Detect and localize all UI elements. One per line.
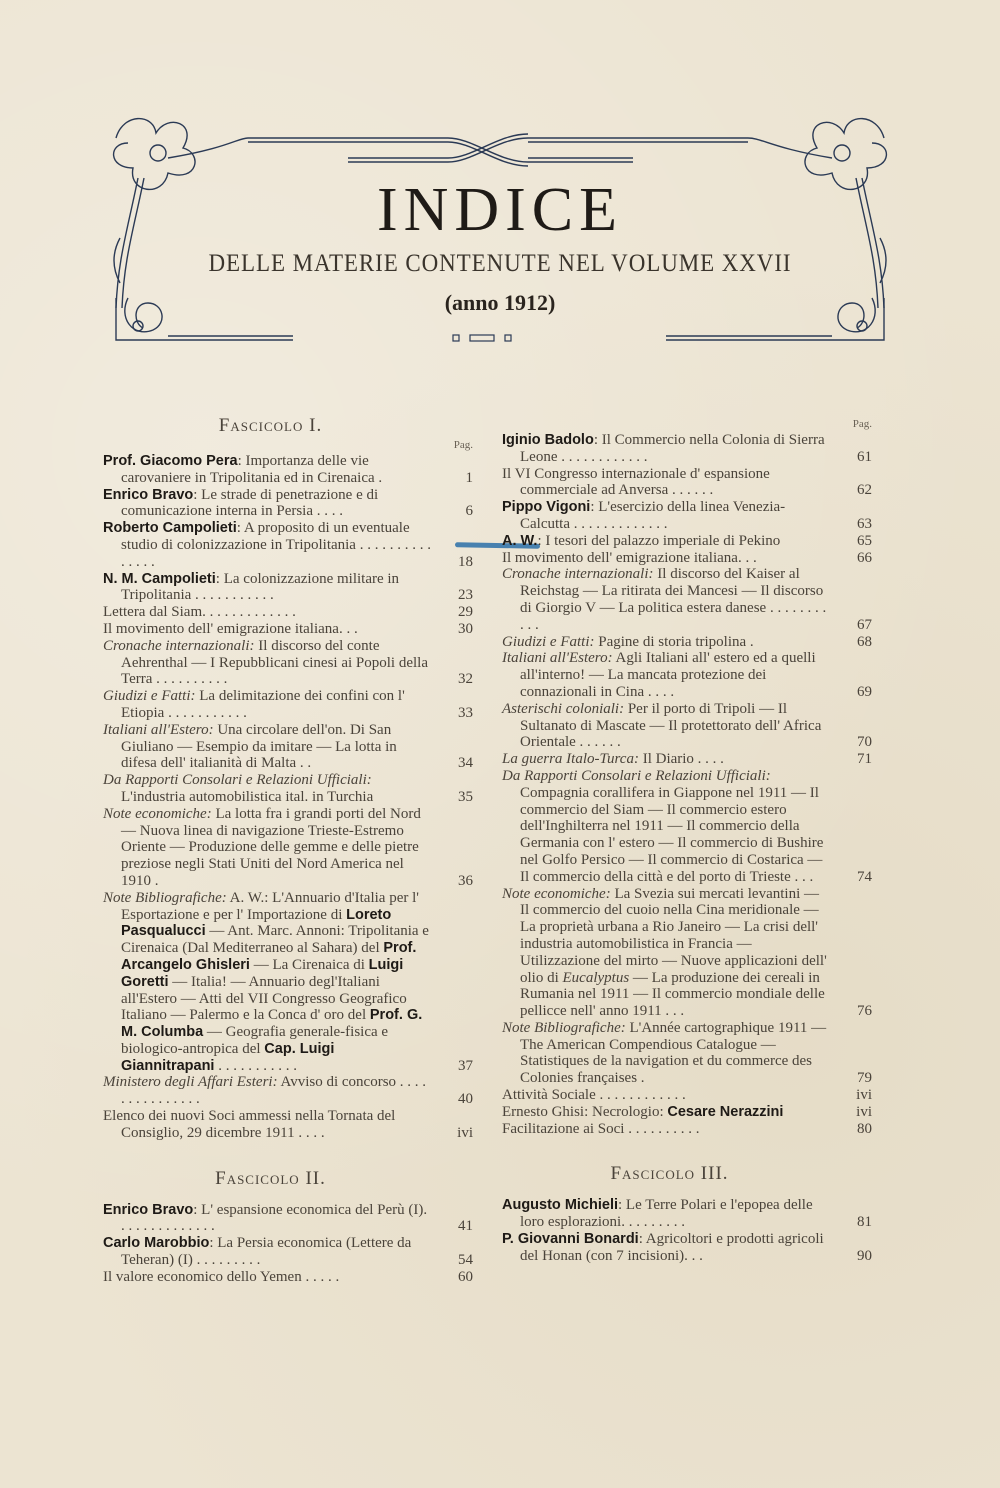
entry-text: Italiani all'Estero: Agli Italiani all' … (502, 650, 830, 700)
entry-title: — La Cirenaica di (250, 957, 369, 973)
entry-page-number: 76 (834, 1003, 872, 1020)
entry-page-number: ivi (435, 1125, 473, 1142)
entry-page-number: 34 (435, 755, 473, 772)
index-entry[interactable]: Note economiche: La lotta fra i grandi p… (103, 806, 473, 890)
fascicolo-1-entries: Prof. Giacomo Pera: Importanza delle vie… (103, 453, 473, 1142)
entry-title: Il movimento dell' emigrazione italiana.… (502, 550, 757, 566)
entry-text: Note Bibliografiche: L'Année cartographi… (502, 1020, 830, 1087)
index-entry[interactable]: Enrico Bravo: Le strade di penetrazione … (103, 487, 473, 521)
index-entry[interactable]: A. W.: I tesori del palazzo imperiale di… (502, 533, 872, 550)
entry-title: Attività Sociale . . . . . . . . . . . . (502, 1087, 686, 1103)
entry-page-number: 80 (834, 1121, 872, 1138)
right-column: Pag. Iginio Badolo: Il Commercio nella C… (502, 418, 872, 1265)
index-entry[interactable]: Facilitazione ai Soci . . . . . . . . . … (502, 1121, 872, 1138)
entry-page-number: 6 (435, 503, 473, 520)
entry-text: Il valore economico dello Yemen . . . . … (103, 1269, 431, 1286)
entry-text: P. Giovanni Bonardi: Agricoltori e prodo… (502, 1231, 830, 1265)
section-title-fascicolo-1: Fascicolo I. (103, 415, 473, 437)
page-column-label: Pag. (103, 439, 473, 453)
entry-author: N. M. Campolieti (103, 571, 216, 587)
entry-rubric: Cronache internazionali: (103, 638, 255, 654)
entry-author: Roberto Campolieti (103, 520, 237, 536)
entry-page-number: 90 (834, 1248, 872, 1265)
index-entry[interactable]: Prof. Giacomo Pera: Importanza delle vie… (103, 453, 473, 487)
entry-title: L'industria automobilistica ital. in Tur… (121, 789, 373, 805)
entry-author: Iginio Badolo (502, 432, 594, 448)
entry-title: Il valore economico dello Yemen . . . . … (103, 1269, 339, 1285)
index-entry[interactable]: Il movimento dell' emigrazione italiana.… (103, 621, 473, 638)
entry-rubric: Note Bibliografiche: (103, 890, 227, 906)
entry-page-number: ivi (834, 1087, 872, 1104)
entry-page-number: 65 (834, 533, 872, 550)
entry-page-number: 32 (435, 671, 473, 688)
index-entry[interactable]: Carlo Marobbio: La Persia economica (Let… (103, 1235, 473, 1269)
entry-page-number: 54 (435, 1252, 473, 1269)
entry-rubric: Ministero degli Affari Esteri: (103, 1074, 278, 1090)
index-entry[interactable]: Italiani all'Estero: Agli Italiani all' … (502, 650, 872, 700)
entry-rubric: La guerra Italo-Turca: (502, 751, 639, 767)
entry-text: Ministero degli Affari Esteri: Avviso di… (103, 1074, 431, 1108)
fascicolo-2-entries-left: Enrico Bravo: L' espansione economica de… (103, 1202, 473, 1286)
entry-text: Carlo Marobbio: La Persia economica (Let… (103, 1235, 431, 1269)
entry-text: Il movimento dell' emigrazione italiana.… (502, 550, 830, 567)
entry-author: Carlo Marobbio (103, 1235, 209, 1251)
entry-title: Ernesto Ghisi: Necrologio: (502, 1104, 667, 1120)
entry-text: Pippo Vigoni: L'esercizio della linea Ve… (502, 499, 830, 533)
entry-text: Augusto Michieli: Le Terre Polari e l'ep… (502, 1197, 830, 1231)
entry-rubric: Giudizi e Fatti: (502, 634, 595, 650)
index-entry[interactable]: Il VI Congresso internazionale d' espans… (502, 466, 872, 500)
entry-author: P. Giovanni Bonardi (502, 1231, 639, 1247)
entry-page-number: 67 (834, 617, 872, 634)
entry-text: Note economiche: La Svezia sui mercati l… (502, 886, 830, 1020)
entry-rubric: Italiani all'Estero: (502, 650, 613, 666)
index-entry[interactable]: Attività Sociale . . . . . . . . . . . .… (502, 1087, 872, 1104)
index-entry[interactable]: Giudizi e Fatti: Pagine di storia tripol… (502, 634, 872, 651)
index-entry[interactable]: Pippo Vigoni: L'esercizio della linea Ve… (502, 499, 872, 533)
entry-rubric: Italiani all'Estero: (103, 722, 214, 738)
index-entry[interactable]: N. M. Campolieti: La colonizzazione mili… (103, 571, 473, 605)
entry-text: Lettera dal Siam. . . . . . . . . . . . … (103, 604, 431, 621)
entry-text: Giudizi e Fatti: Pagine di storia tripol… (502, 634, 830, 651)
entry-text: Da Rapporti Consolari e Relazioni Uffici… (103, 772, 431, 806)
entry-page-number: 63 (834, 516, 872, 533)
entry-rubric: Note economiche: (103, 806, 212, 822)
index-entry[interactable]: Elenco dei nuovi Soci ammessi nella Torn… (103, 1108, 473, 1142)
entry-text: A. W.: I tesori del palazzo imperiale di… (502, 533, 830, 550)
entry-rubric: Note economiche: (502, 886, 611, 902)
entry-rubric: Cronache internazionali: (502, 566, 654, 582)
index-entry[interactable]: Cronache internazionali: Il discorso del… (502, 566, 872, 633)
entry-author: A. W. (502, 533, 537, 549)
index-entry[interactable]: Ministero degli Affari Esteri: Avviso di… (103, 1074, 473, 1108)
entry-page-number: 60 (435, 1269, 473, 1286)
entry-text: La guerra Italo-Turca: Il Diario . . . . (502, 751, 830, 768)
entry-title: Lettera dal Siam. . . . . . . . . . . . … (103, 604, 296, 620)
index-entry[interactable]: Da Rapporti Consolari e Relazioni Uffici… (103, 772, 473, 806)
entry-page-number: 40 (435, 1091, 473, 1108)
index-entry[interactable]: Il movimento dell' emigrazione italiana.… (502, 550, 872, 567)
index-entry[interactable]: Iginio Badolo: Il Commercio nella Coloni… (502, 432, 872, 466)
page-title: INDICE (0, 175, 1000, 246)
entry-text: Roberto Campolieti: A proposito di un ev… (103, 520, 431, 570)
entry-rubric: Note Bibliografiche: (502, 1020, 626, 1036)
entry-title: Facilitazione ai Soci . . . . . . . . . … (502, 1121, 699, 1137)
entry-author: Pippo Vigoni (502, 499, 590, 515)
entry-page-number: 37 (435, 1058, 473, 1075)
entry-rubric: Da Rapporti Consolari e Relazioni Uffici… (502, 768, 771, 784)
entry-page-number: 68 (834, 634, 872, 651)
entry-author: Augusto Michieli (502, 1197, 618, 1213)
entry-author: Enrico Bravo (103, 1202, 193, 1218)
volume-year: (anno 1912) (0, 290, 1000, 316)
entry-text: Enrico Bravo: Le strade di penetrazione … (103, 487, 431, 521)
entry-page-number: 70 (834, 734, 872, 751)
entry-title: Il movimento dell' emigrazione italiana.… (103, 621, 358, 637)
entry-text: Cronache internazionali: Il discorso del… (103, 638, 431, 688)
entry-page-number: 1 (435, 470, 473, 487)
entry-page-number: 29 (435, 604, 473, 621)
entry-text: Facilitazione ai Soci . . . . . . . . . … (502, 1121, 830, 1138)
entry-title: . . . . . . . . . . . (214, 1058, 297, 1074)
index-entry[interactable]: Lettera dal Siam. . . . . . . . . . . . … (103, 604, 473, 621)
entry-page-number: 30 (435, 621, 473, 638)
section-title-fascicolo-3: Fascicolo III. (502, 1163, 872, 1185)
entry-page-number: 71 (834, 751, 872, 768)
entry-text: Italiani all'Estero: Una circolare dell'… (103, 722, 431, 772)
section-title-fascicolo-2: Fascicolo II. (103, 1168, 473, 1190)
entry-page-number: 62 (834, 482, 872, 499)
entry-page-number: 18 (435, 554, 473, 571)
entry-rubric: Da Rapporti Consolari e Relazioni Uffici… (103, 772, 372, 788)
entry-page-number: 36 (435, 873, 473, 890)
entry-title: Elenco dei nuovi Soci ammessi nella Torn… (103, 1108, 395, 1141)
entry-title: Il Diario . . . . (639, 751, 724, 767)
entry-text: N. M. Campolieti: La colonizzazione mili… (103, 571, 431, 605)
index-page: INDICE DELLE MATERIE CONTENUTE NEL VOLUM… (0, 0, 1000, 1488)
index-entry[interactable]: Enrico Bravo: L' espansione economica de… (103, 1202, 473, 1236)
entry-text: Elenco dei nuovi Soci ammessi nella Torn… (103, 1108, 431, 1142)
index-entry[interactable]: Cronache internazionali: Il discorso del… (103, 638, 473, 688)
index-entry[interactable]: Note Bibliografiche: A. W.: L'Annuario d… (103, 890, 473, 1075)
index-entry[interactable]: P. Giovanni Bonardi: Agricoltori e prodo… (502, 1231, 872, 1265)
index-entry[interactable]: Roberto Campolieti: A proposito di un ev… (103, 520, 473, 570)
entry-page-number: 23 (435, 587, 473, 604)
entry-text: Il movimento dell' emigrazione italiana.… (103, 621, 431, 638)
entry-text: Note Bibliografiche: A. W.: L'Annuario d… (103, 890, 431, 1075)
index-entry[interactable]: Il valore economico dello Yemen . . . . … (103, 1269, 473, 1286)
entry-page-number: 33 (435, 705, 473, 722)
entry-text: Asterischi coloniali: Per il porto di Tr… (502, 701, 830, 751)
entry-page-number: 35 (435, 789, 473, 806)
index-entry[interactable]: Giudizi e Fatti: La delimitazione dei co… (103, 688, 473, 722)
entry-text: Ernesto Ghisi: Necrologio: Cesare Nerazz… (502, 1104, 830, 1121)
small-divider-ornament (452, 333, 548, 343)
index-entry[interactable]: Ernesto Ghisi: Necrologio: Cesare Nerazz… (502, 1104, 872, 1121)
index-entry[interactable]: Note economiche: La Svezia sui mercati l… (502, 886, 872, 1020)
entry-page-number: ivi (834, 1104, 872, 1121)
entry-text: Prof. Giacomo Pera: Importanza delle vie… (103, 453, 431, 487)
fascicolo-3-entries: Augusto Michieli: Le Terre Polari e l'ep… (502, 1197, 872, 1264)
entry-rubric: Asterischi coloniali: (502, 701, 624, 717)
entry-author: Prof. Giacomo Pera (103, 453, 238, 469)
page-column-label-right: Pag. (502, 418, 872, 432)
entry-page-number: 69 (834, 684, 872, 701)
entry-page-number: 61 (834, 449, 872, 466)
entry-title: Il VI Congresso internazionale d' espans… (502, 466, 770, 499)
entry-author: Cesare Nerazzini (667, 1104, 783, 1120)
entry-text: Iginio Badolo: Il Commercio nella Coloni… (502, 432, 830, 466)
index-entry[interactable]: Note Bibliografiche: L'Année cartographi… (502, 1020, 872, 1087)
fascicolo-2-entries-right: Iginio Badolo: Il Commercio nella Coloni… (502, 432, 872, 1137)
entry-title: : I tesori del palazzo imperiale di Peki… (537, 533, 780, 549)
entry-page-number: 79 (834, 1070, 872, 1087)
entry-text: Attività Sociale . . . . . . . . . . . . (502, 1087, 830, 1104)
entry-author: Enrico Bravo (103, 487, 193, 503)
entry-text: Il VI Congresso internazionale d' espans… (502, 466, 830, 500)
entry-page-number: 74 (834, 869, 872, 886)
left-column: Fascicolo I. Pag. Prof. Giacomo Pera: Im… (103, 415, 473, 1286)
entry-text: Da Rapporti Consolari e Relazioni Uffici… (502, 768, 830, 886)
index-entry[interactable]: Da Rapporti Consolari e Relazioni Uffici… (502, 768, 872, 886)
entry-page-number: 81 (834, 1214, 872, 1231)
entry-rubric: Giudizi e Fatti: (103, 688, 196, 704)
page-subtitle: DELLE MATERIE CONTENUTE NEL VOLUME XXVII (40, 250, 960, 278)
entry-text: Giudizi e Fatti: La delimitazione dei co… (103, 688, 431, 722)
entry-italic: Eucalyptus (563, 970, 630, 986)
entry-text: Note economiche: La lotta fra i grandi p… (103, 806, 431, 890)
entry-title: Compagnia corallifera in Giappone nel 19… (520, 785, 823, 885)
entry-page-number: 41 (435, 1218, 473, 1235)
entry-page-number: 66 (834, 550, 872, 567)
entry-text: Enrico Bravo: L' espansione economica de… (103, 1202, 431, 1236)
entry-text: Cronache internazionali: Il discorso del… (502, 566, 830, 633)
index-entry[interactable]: Asterischi coloniali: Per il porto di Tr… (502, 701, 872, 751)
entry-title: Pagine di storia tripolina . (595, 634, 754, 650)
index-entry[interactable]: La guerra Italo-Turca: Il Diario . . . .… (502, 751, 872, 768)
index-entry[interactable]: Italiani all'Estero: Una circolare dell'… (103, 722, 473, 772)
index-entry[interactable]: Augusto Michieli: Le Terre Polari e l'ep… (502, 1197, 872, 1231)
